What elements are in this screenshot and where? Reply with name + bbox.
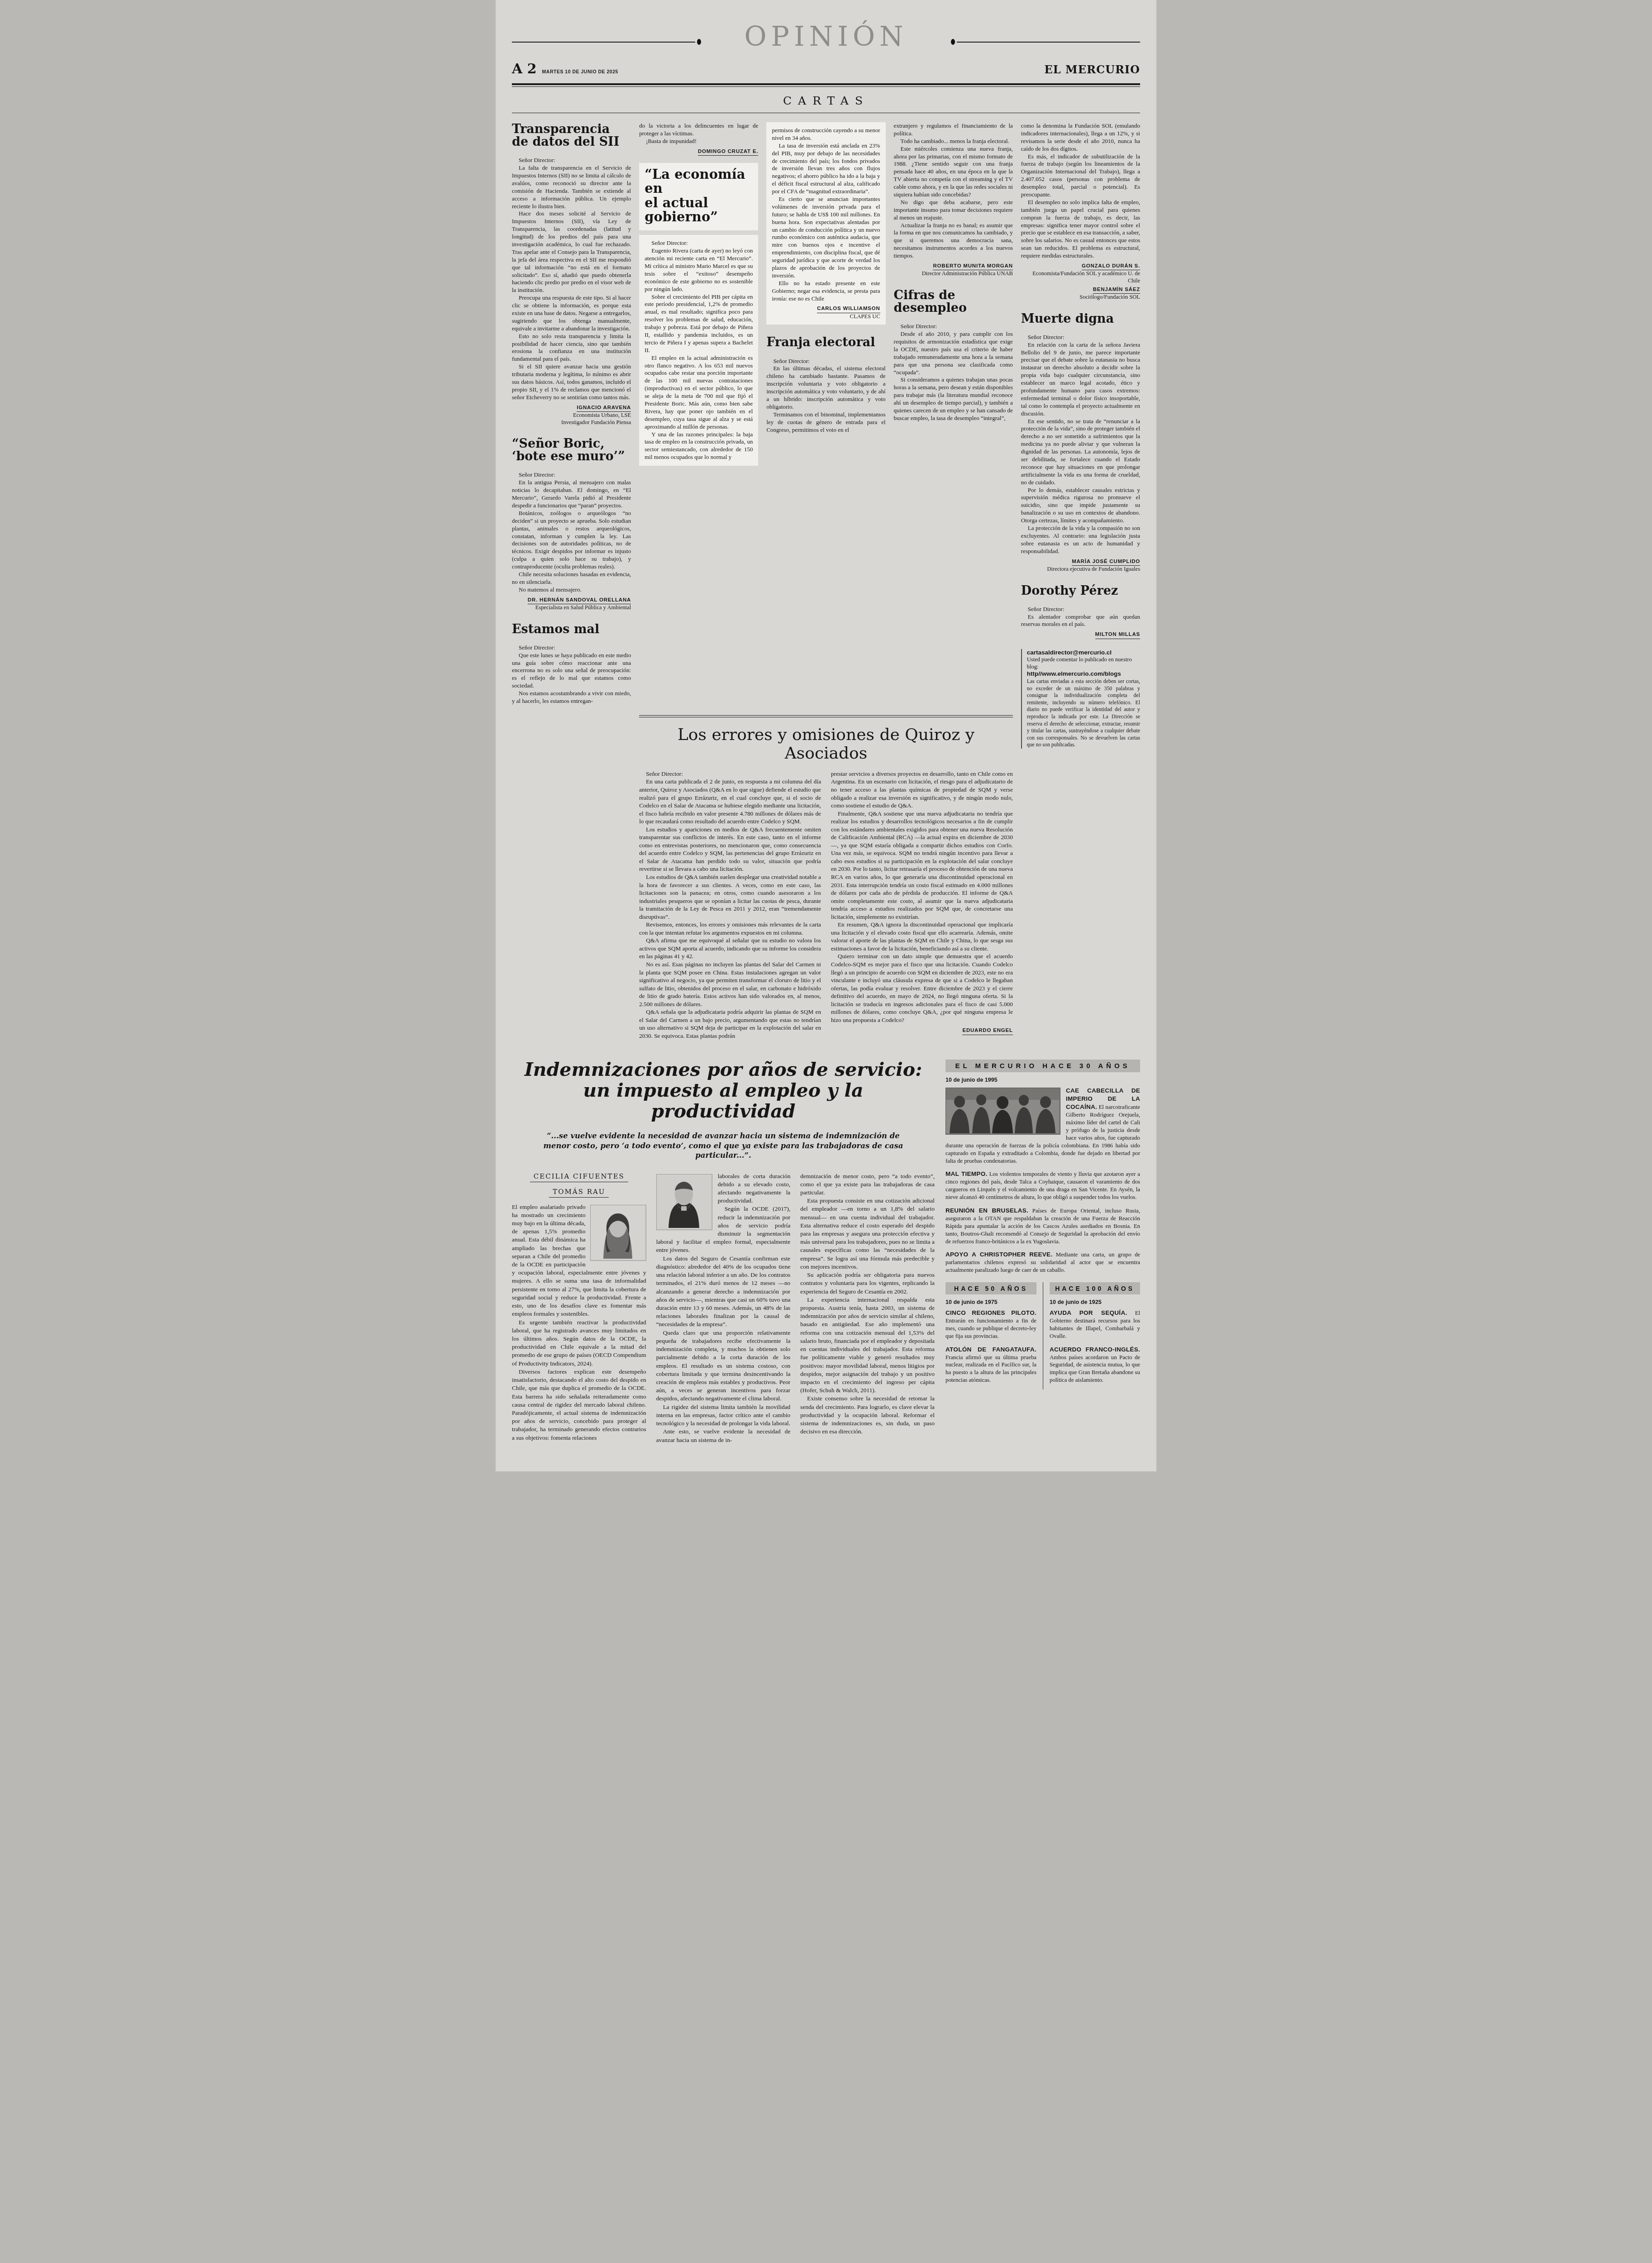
article-paragraph: Los estudios y apariciones en medios de … [639, 826, 821, 873]
letter-estamos-mal: Estamos mal Señor Director: Que este lun… [512, 623, 631, 705]
archive-item: APOYO A CHRISTOPHER REEVE. Mediante una … [945, 1251, 1140, 1274]
letter-signature: CARLOS WILLIAMSON CLAPES UC [772, 304, 880, 320]
letters-column-5: como la denomina la Fundación SOL (emula… [1021, 122, 1140, 1040]
archive-item-lead: CINCO REGIONES PILOTO. [945, 1309, 1036, 1316]
letter-paragraph: Que este lunes se haya publicado en este… [512, 652, 631, 690]
letter-title: Estamos mal [512, 623, 631, 636]
letter-title: Transparencia de datos del SII [512, 123, 631, 148]
archive-100-panel: HACE 100 AÑOS 10 de junio de 1925 AYUDA … [1043, 1282, 1140, 1389]
signature-name: DOMINGO CRUZAT E. [698, 148, 759, 156]
article-paragraph: Revisemos, entonces, los errores y omisi… [639, 921, 821, 936]
signature-role: Economista Urbano, LSE [512, 412, 631, 419]
letters-column-2: do la victoria a los delincuentes en lug… [639, 122, 758, 705]
letter-paragraph: Esto no solo resta transparencia y limit… [512, 333, 631, 363]
article-paragraph: Señor Director: [639, 770, 821, 778]
masthead: OPINIÓN A 2 MARTES 10 DE JUNIO DE 2025 E… [512, 21, 1140, 79]
letter-estamos-mal-continuation: do la victoria a los delincuentes en lug… [639, 122, 758, 156]
letter-paragraph: Nos estamos acostumbrando a vivir con mi… [512, 690, 631, 705]
article-paragraph: Q&A afirma que me equivoqué al señalar q… [639, 936, 821, 960]
article-paragraph: La rigidez del sistema limita también la… [656, 1403, 791, 1428]
author-name: CECILIA CIFUENTES [530, 1172, 628, 1182]
article-separator-rule [639, 715, 1013, 717]
article-paragraph: Existe consenso sobre la necesidad de re… [800, 1394, 935, 1436]
signature-name: BENJAMÍN SÁEZ [1093, 286, 1140, 294]
letter-transparencia-sii: Transparencia de datos del SII Señor Dir… [512, 123, 631, 426]
letter-paragraph: Es cierto que se anuncian importantes vo… [772, 196, 880, 280]
letters-column-1: Transparencia de datos del SII Señor Dir… [512, 122, 631, 705]
article-paragraph: Queda claro que una proporción relativam… [656, 1329, 791, 1403]
letter-paragraph: El empleo en la actual administración es… [645, 354, 753, 431]
portrait-woman-illustration [591, 1205, 645, 1260]
quiroz-column-left: Señor Director: En una carta publicada e… [639, 770, 821, 1040]
archive-item-text: Entrarán en funcionamiento a fin de mes,… [945, 1318, 1036, 1339]
article-paragraph: Los estudios de Q&A también suelen despl… [639, 873, 821, 921]
archive-30-date: 10 de junio de 1995 [945, 1077, 1140, 1083]
signature-name: EDUARDO ENGEL [962, 1027, 1012, 1035]
letter-paragraph: Señor Director: [1021, 606, 1140, 613]
article-paragraph: En una carta publicada el 2 de junio, en… [639, 778, 821, 825]
archive-item-lead: ACUERDO FRANCO-INGLÉS. [1050, 1346, 1140, 1353]
article-paragraph: Finalmente, Q&A sostiene que una nueva a… [831, 810, 1013, 921]
archive-100-header: HACE 100 AÑOS [1050, 1282, 1140, 1294]
article-paragraph: Quiero terminar con un dato simple que d… [831, 952, 1013, 1024]
thin-rule [512, 113, 1140, 113]
newspaper-page: OPINIÓN A 2 MARTES 10 DE JUNIO DE 2025 E… [496, 0, 1156, 1471]
letter-senor-boric: “Señor Boric, ‘bote ese muro’” Señor Dir… [512, 438, 631, 611]
letter-franja-continuation: extranjero y regulamos el financiamiento… [894, 122, 1013, 277]
signature-role: Economista/Fundación SOL y académico U. … [1021, 270, 1140, 284]
letter-signature: MARÍA JOSÉ CUMPLIDO Directora ejecutiva … [1021, 557, 1140, 573]
archive-item: REUNIÓN EN BRUSELAS. Países de Europa Or… [945, 1207, 1140, 1245]
archive-50-date: 10 de junio de 1975 [945, 1299, 1036, 1305]
article-paragraph: Su aplicación podría ser obligatoria par… [800, 1271, 935, 1296]
archive-item-lead: REUNIÓN EN BRUSELAS. [945, 1207, 1028, 1214]
article-paragraph: La experiencia internacional respalda es… [800, 1296, 935, 1395]
archive-item: CINCO REGIONES PILOTO. Entrarán en funci… [945, 1309, 1036, 1340]
signature-name: IGNACIO ARAVENA [577, 405, 631, 412]
archive-item: AYUDA POR SEQUÍA. El Gobierno destinará … [1050, 1309, 1140, 1340]
letter-paragraph: Señor Director: [512, 157, 631, 164]
feature-body: CECILIA CIFUENTES TOMÁS RAU [512, 1172, 935, 1444]
letter-paragraph: No digo que deba acabarse, pero este imp… [894, 199, 1013, 222]
letter-paragraph: Terminamos con el binominal, implementam… [766, 411, 885, 434]
page-number-block: A 2 MARTES 10 DE JUNIO DE 2025 [512, 61, 618, 77]
letter-paragraph: extranjero y regulamos el financiamiento… [894, 122, 1013, 138]
letter-paragraph: El desempleo no solo implica falta de em… [1021, 199, 1140, 260]
letter-paragraph: Señor Director: [894, 323, 1013, 330]
letter-paragraph: Si consideramos a quienes trabajan unas … [894, 376, 1013, 422]
article-signature: EDUARDO ENGEL [831, 1026, 1013, 1035]
letter-paragraph: ¡Basta de impunidad! [639, 138, 758, 145]
letter-paragraph: Es más, el indicador de subutilización d… [1021, 153, 1140, 199]
letter-paragraph: Botánicos, zoólogos o arqueólogos “no de… [512, 510, 631, 571]
letter-title: Dorothy Pérez [1021, 585, 1140, 597]
letter-paragraph: Eugenio Rivera (carta de ayer) no leyó c… [645, 247, 753, 293]
letter-paragraph: Y una de las razones principales: la baj… [645, 431, 753, 462]
letter-signature: ROBERTO MUNITA MORGAN Director Administr… [894, 261, 1013, 277]
archive-item-lead: AYUDA POR SEQUÍA. [1050, 1309, 1127, 1316]
letter-cifras-continuation: como la denomina la Fundación SOL (emula… [1021, 122, 1140, 301]
signature-name: MILTON MILLAS [1095, 631, 1140, 639]
archive-item: ACUERDO FRANCO-INGLÉS. Ambos países acor… [1050, 1346, 1140, 1384]
signature-name: ROBERTO MUNITA MORGAN [933, 263, 1012, 270]
letter-signature: DR. HERNÁN SANDOVAL ORELLANA Especialist… [512, 595, 631, 611]
letter-paragraph: Preocupa una respuesta de este tipo. Si … [512, 294, 631, 332]
letter-paragraph: En ese sentido, no se trata de “renuncia… [1021, 418, 1140, 487]
letter-paragraph: La tasa de inversión está anclada en 23%… [772, 142, 880, 196]
letter-paragraph: La protección de la vida y la compasión … [1021, 525, 1140, 555]
signature-name: GONZALO DURÁN S. [1082, 263, 1140, 270]
letter-paragraph: Señor Director: [766, 358, 885, 365]
page-number: A 2 [512, 61, 537, 77]
letters-column-3: permisos de construcción cayendo a su me… [766, 122, 885, 705]
feature-deck-quote: “...se vuelve evidente la necesidad de a… [537, 1131, 909, 1160]
archive-panel: EL MERCURIO HACE 30 AÑOS 10 de junio de … [945, 1060, 1140, 1444]
letter-paragraph: Este miércoles comienza una nueva franja… [894, 145, 1013, 199]
letter-economia-title-box: “La economía en el actual gobierno” [639, 163, 758, 230]
archive-50-header: HACE 50 AÑOS [945, 1282, 1036, 1294]
letter-paragraph: Señor Director: [512, 471, 631, 479]
letter-paragraph: No matemos al mensajero. [512, 586, 631, 594]
letters-blog-url: http//www.elmercurio.com/blogs [1027, 670, 1140, 677]
page-date: MARTES 10 DE JUNIO DE 2025 [542, 69, 618, 75]
letter-signature: MILTON MILLAS [1021, 630, 1140, 639]
letter-franja-electoral: Franja electoral Señor Director: En las … [766, 336, 885, 434]
letter-title: Cifras de desempleo [894, 289, 1013, 315]
quiroz-column-right: prestar servicios a diversos proyectos e… [831, 770, 1013, 1040]
letters-column-4: extranjero y regulamos el financiamiento… [894, 122, 1013, 705]
letter-cifras-desempleo: Cifras de desempleo Señor Director: Desd… [894, 289, 1013, 422]
cartas-section-label: CARTAS [512, 94, 1140, 107]
letter-paragraph: Ello no ha estado presente en este Gobie… [772, 280, 880, 303]
article-paragraph: prestar servicios a diversos proyectos e… [831, 770, 1013, 810]
letter-paragraph: En las últimas décadas, el sistema elect… [766, 365, 885, 411]
quiroz-article-body: Señor Director: En una carta publicada e… [639, 770, 1013, 1040]
feature-title: Indemnizaciones por años de servicio: un… [512, 1060, 935, 1122]
letter-paragraph: do la victoria a los delincuentes en lug… [639, 122, 758, 138]
archive-50-panel: HACE 50 AÑOS 10 de junio de 1975 CINCO R… [945, 1282, 1043, 1389]
letter-title: “La economía en el actual gobierno” [645, 167, 753, 224]
photo-cecilia-cifuentes [590, 1205, 646, 1261]
letter-paragraph: Por lo demás, establecer causales estric… [1021, 487, 1140, 525]
signature-role: Director Administración Pública UNAB [894, 270, 1013, 277]
archive-item-lead: ATOLÓN DE FANGATAUFA. [945, 1346, 1036, 1353]
archive-item-lead: APOYO A CHRISTOPHER REEVE. [945, 1251, 1052, 1258]
letter-signature: GONZALO DURÁN S. Economista/Fundación SO… [1021, 261, 1140, 301]
feature-column-2: laborales de corta duración debido a su … [656, 1172, 791, 1444]
portrait-man-illustration [657, 1174, 711, 1229]
letters-rules-text: Las cartas enviadas a esta sección deben… [1027, 678, 1140, 749]
letter-title: Muerte digna [1021, 313, 1140, 325]
archive-item: CAE CABECILLA DE IMPERIO DE LA COCAÍNA. … [945, 1087, 1140, 1165]
letter-dorothy-perez: Dorothy Pérez Señor Director: Es alentad… [1021, 585, 1140, 639]
letter-paragraph: Sobre el crecimiento del PIB per cápita … [645, 293, 753, 354]
archive-news-photo [945, 1088, 1060, 1135]
letters-section: Transparencia de datos del SII Señor Dir… [512, 122, 1140, 1040]
section-title: OPINIÓN [744, 21, 907, 53]
archive-item-lead: MAL TIEMPO. [945, 1170, 987, 1177]
letter-paragraph: Señor Director: [645, 239, 753, 247]
archive-item-text: Francia afirmó que su última prueba nucl… [945, 1354, 1036, 1384]
signature-role: Directora ejecutiva de Fundación Iguales [1021, 566, 1140, 573]
signature-name: MARÍA JOSÉ CUMPLIDO [1072, 559, 1140, 566]
article-paragraph: Es urgente también reactivar la producti… [512, 1318, 646, 1368]
letter-signature: DOMINGO CRUZAT E. [639, 147, 758, 156]
archive-item: ATOLÓN DE FANGATAUFA. Francia afirmó que… [945, 1346, 1036, 1384]
article-paragraph: Diversos factores explican este desempeñ… [512, 1368, 646, 1442]
archive-item: MAL TIEMPO. Los violentos temporales de … [945, 1170, 1140, 1201]
letter-signature: IGNACIO ARAVENA Economista Urbano, LSE I… [512, 403, 631, 426]
letter-paragraph: permisos de construcción cayendo a su me… [772, 127, 880, 142]
letter-paragraph: Hace dos meses solicité al Servicio de I… [512, 210, 631, 294]
letter-paragraph: Desde el año 2010, y para cumplir con lo… [894, 330, 1013, 376]
letter-paragraph: Señor Director: [512, 644, 631, 652]
article-paragraph: demnización de menor costo, pero “a todo… [800, 1172, 935, 1197]
double-rule [512, 83, 1140, 87]
photo-tomas-rau [656, 1174, 712, 1230]
letter-muerte-digna: Muerte digna Señor Director: En relación… [1021, 313, 1140, 573]
masthead-rule-right [957, 42, 1140, 43]
masthead-dot-right [951, 39, 955, 45]
letter-title: “Señor Boric, ‘bote ese muro’” [512, 438, 631, 463]
quiroz-article: Los errores y omisiones de Quiroz y Asoc… [639, 715, 1013, 1040]
article-paragraph: Esta propuesta consiste en una cotizació… [800, 1197, 935, 1271]
bottom-band: Indemnizaciones por años de servicio: un… [512, 1060, 1140, 1444]
masthead-rule-left [512, 42, 695, 43]
article-paragraph: Q&A señala que la adjudicataria podría a… [639, 1008, 821, 1040]
letter-paragraph: En relación con la carta de la señora Ja… [1021, 341, 1140, 418]
article-paragraph: En resumen, Q&A ignora la discontinuidad… [831, 921, 1013, 952]
letter-paragraph: Si el SII quiere avanzar hacia una gesti… [512, 363, 631, 401]
letter-paragraph: Actualizar la franja no es banal; es asu… [894, 222, 1013, 260]
letter-paragraph: Chile necesita soluciones basadas en evi… [512, 571, 631, 586]
letter-paragraph: La falta de transparencia en el Servicio… [512, 164, 631, 210]
signature-role: Sociólogo/Fundación SOL [1021, 294, 1140, 301]
signature-role: Investigador Fundación Piensa [512, 419, 631, 426]
feature-article: Indemnizaciones por años de servicio: un… [512, 1060, 935, 1444]
feature-column-3: demnización de menor costo, pero “a todo… [800, 1172, 935, 1444]
letters-footer-box: cartasaldirector@mercurio.cl Usted puede… [1021, 649, 1140, 749]
archive-30-header: EL MERCURIO HACE 30 AÑOS [945, 1060, 1140, 1072]
capture-photo-illustration [946, 1088, 1059, 1133]
article-paragraph: Ante esto, se vuelve evidente la necesid… [656, 1428, 791, 1444]
signature-name: DR. HERNÁN SANDOVAL ORELLANA [528, 597, 631, 604]
letter-economia-body: Señor Director: Eugenio Rivera (carta de… [639, 235, 758, 466]
letter-economia-continuation: permisos de construcción cayendo a su me… [766, 122, 885, 325]
letter-title: Franja electoral [766, 336, 885, 349]
archive-100-date: 10 de junio de 1925 [1050, 1299, 1140, 1305]
signature-role: CLAPES UC [772, 313, 880, 320]
masthead-dot-left [697, 39, 701, 45]
archive-item-text: Ambos países acordaron un Pacto de Segur… [1050, 1354, 1140, 1384]
feature-column-1: CECILIA CIFUENTES TOMÁS RAU [512, 1172, 646, 1444]
letter-paragraph: Todo ha cambiado... menos la franja elec… [894, 138, 1013, 145]
archive-sub-panels: HACE 50 AÑOS 10 de junio de 1975 CINCO R… [945, 1282, 1140, 1389]
article-paragraph: No es así. Esas páginas no incluyen las … [639, 960, 821, 1008]
brand-name: EL MERCURIO [1045, 63, 1140, 76]
letters-blog-note: Usted puede comentar lo publicado en nue… [1027, 656, 1140, 671]
article-paragraph: Los datos del Seguro de Cesantía confirm… [656, 1255, 791, 1329]
letter-paragraph: Es alentador comprobar que aún quedan re… [1021, 613, 1140, 629]
signature-role: Especialista en Salud Pública y Ambienta… [512, 604, 631, 611]
letter-paragraph: Señor Director: [1021, 334, 1140, 341]
letter-paragraph: En la antigua Persia, al mensajero con m… [512, 479, 631, 510]
signature-name: CARLOS WILLIAMSON [817, 306, 880, 313]
quiroz-article-title: Los errores y omisiones de Quiroz y Asoc… [639, 726, 1013, 763]
letter-paragraph: como la denomina la Fundación SOL (emula… [1021, 122, 1140, 153]
author-name: TOMÁS RAU [549, 1188, 609, 1198]
letters-email: cartasaldirector@mercurio.cl [1027, 649, 1140, 656]
